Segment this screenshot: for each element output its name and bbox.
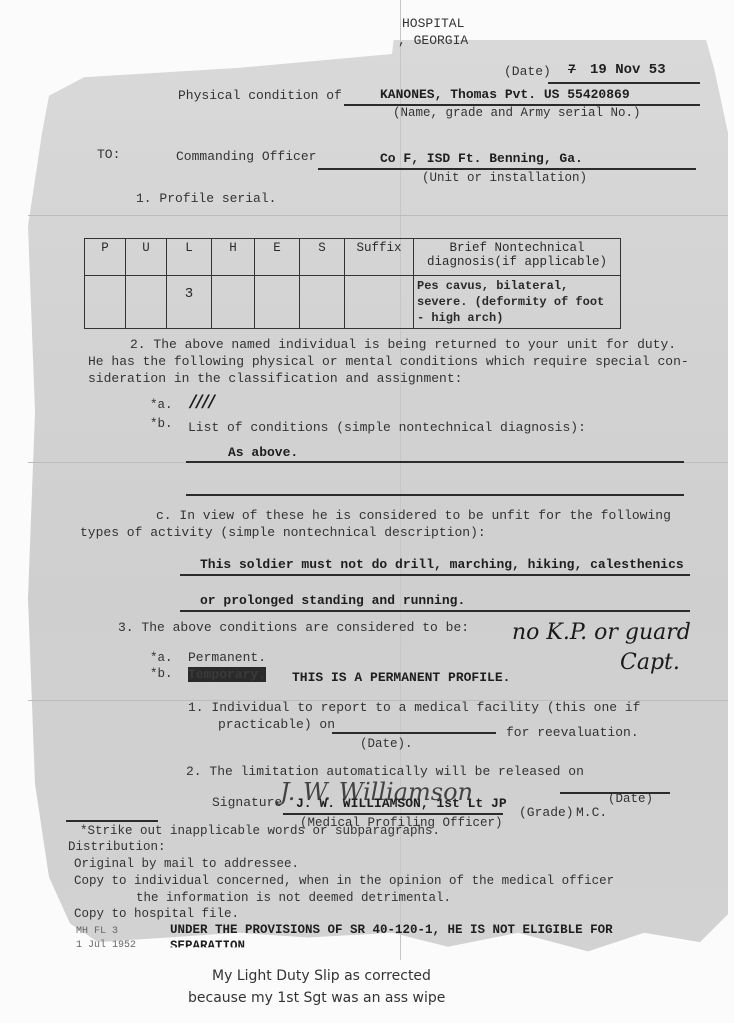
section2-intro3: sideration in the classification and ass… (88, 371, 462, 386)
val-s (300, 276, 345, 329)
fold-crease (28, 215, 728, 216)
date-line (548, 82, 700, 84)
col-e: E (255, 239, 300, 276)
item-b-line2 (186, 494, 684, 496)
item-c-value2: or prolonged standing and running. (200, 593, 465, 608)
item3-1-caption: (Date). (360, 737, 413, 751)
val-diagnosis: Pes cavus, bilateral, severe. (deformity… (414, 276, 621, 329)
unit-line (318, 168, 696, 170)
form-id-2: 1 Jul 1952 (76, 940, 136, 951)
item3b-struck: Temporary. (188, 667, 266, 682)
item-c-line-a (180, 574, 690, 576)
handwritten-caption-1: My Light Duty Slip as corrected (212, 968, 431, 984)
date-value: 19 Nov 53 (590, 62, 666, 78)
eligibility-stamp-2: SEPARATION FROM THE SERVICE (170, 939, 373, 953)
distribution-1: Original by mail to addressee. (74, 857, 299, 871)
release-date-caption: (Date) (608, 792, 653, 806)
col-u: U (126, 239, 167, 276)
item-c-line1: c. In view of these he is considered to … (156, 508, 671, 523)
item-b-value: As above. (228, 445, 298, 460)
item-a-marks: //// (190, 392, 215, 412)
margin-note-1: no K.P. or guard (512, 620, 691, 645)
date-label: (Date) (504, 64, 551, 79)
item3-1-tail: for reevaluation. (506, 725, 639, 740)
signature-grade-label: (Grade) (519, 805, 574, 820)
reeval-date-line (332, 732, 496, 734)
item-b-label: *b. (150, 417, 173, 431)
col-p: P (85, 239, 126, 276)
val-e (255, 276, 300, 329)
col-diagnosis: Brief Nontechnical diagnosis(if applicab… (414, 239, 621, 276)
val-l: 3 (167, 276, 212, 329)
item3-1-line2: practicable) on (218, 717, 335, 732)
to-recipient: Commanding Officer (176, 149, 316, 164)
profile-value-row: 3 Pes cavus, bilateral, severe. (deformi… (85, 276, 621, 329)
item-b-text: List of conditions (simple nontechnical … (188, 420, 586, 435)
permanent-profile-stamp: THIS IS A PERMANENT PROFILE. (292, 670, 510, 685)
item3b-label: *b. (150, 667, 173, 681)
col-suffix: Suffix (345, 239, 414, 276)
item-b-line1 (186, 461, 684, 463)
signature-name: J. W. WILLIAMSON, 1st Lt JP (296, 796, 507, 811)
subject-value: KANONES, Thomas Pvt. US 55420869 (380, 87, 630, 102)
margin-note-2: Capt. (620, 650, 680, 675)
subject-label: Physical condition of (178, 88, 342, 103)
signature-line (283, 813, 503, 815)
profile-header-row: P U L H E S Suffix Brief Nontechnical di… (85, 239, 621, 276)
section3-intro: 3. The above conditions are considered t… (118, 620, 469, 635)
signature-label: Signature (212, 795, 282, 810)
subject-caption: (Name, grade and Army serial No.) (393, 106, 641, 120)
to-label: TO: (97, 147, 120, 162)
hospital-state: , GEORGIA (398, 33, 468, 48)
col-h: H (212, 239, 255, 276)
distribution-2: Copy to individual concerned, when in th… (74, 874, 614, 888)
section2-intro2: He has the following physical or mental … (88, 354, 689, 369)
date-strike: 7 (568, 62, 576, 77)
val-suffix (345, 276, 414, 329)
col-l: L (167, 239, 212, 276)
item-c-line-b (180, 610, 690, 612)
item-a-label: *a. (150, 398, 173, 412)
val-u (126, 276, 167, 329)
handwritten-caption-2: because my 1st Sgt was an ass wipe (188, 990, 445, 1006)
strike-note: *Strike out inapplicable words or subpar… (80, 824, 440, 838)
section2-intro1: 2. The above named individual is being r… (130, 337, 676, 352)
val-h (212, 276, 255, 329)
hospital-name: HOSPITAL (402, 16, 464, 31)
col-s: S (300, 239, 345, 276)
item3-2-line: 2. The limitation automatically will be … (186, 764, 584, 779)
item-c-value1: This soldier must not do drill, marching… (200, 557, 684, 572)
item-c-line2: types of activity (simple nontechnical d… (80, 525, 486, 540)
val-p (85, 276, 126, 329)
item3a-text: Permanent. (188, 650, 266, 665)
item3a-label: *a. (150, 651, 173, 665)
form-id-1: MH FL 3 (76, 926, 118, 937)
footer-rule (66, 820, 158, 822)
distribution-4: Copy to hospital file. (74, 907, 239, 921)
distribution-3: the information is not deemed detrimenta… (136, 891, 451, 905)
unit-caption: (Unit or installation) (422, 171, 587, 185)
eligibility-stamp-1: UNDER THE PROVISIONS OF SR 40-120-1, HE … (170, 923, 613, 937)
profile-table: P U L H E S Suffix Brief Nontechnical di… (84, 238, 621, 329)
unit-value: Co F, ISD Ft. Benning, Ga. (380, 151, 583, 166)
item3-1-line1: 1. Individual to report to a medical fac… (188, 700, 640, 715)
signature-corps: M.C. (576, 805, 607, 820)
section1-label: 1. Profile serial. (136, 191, 276, 206)
distribution-label: Distribution: (68, 840, 166, 854)
